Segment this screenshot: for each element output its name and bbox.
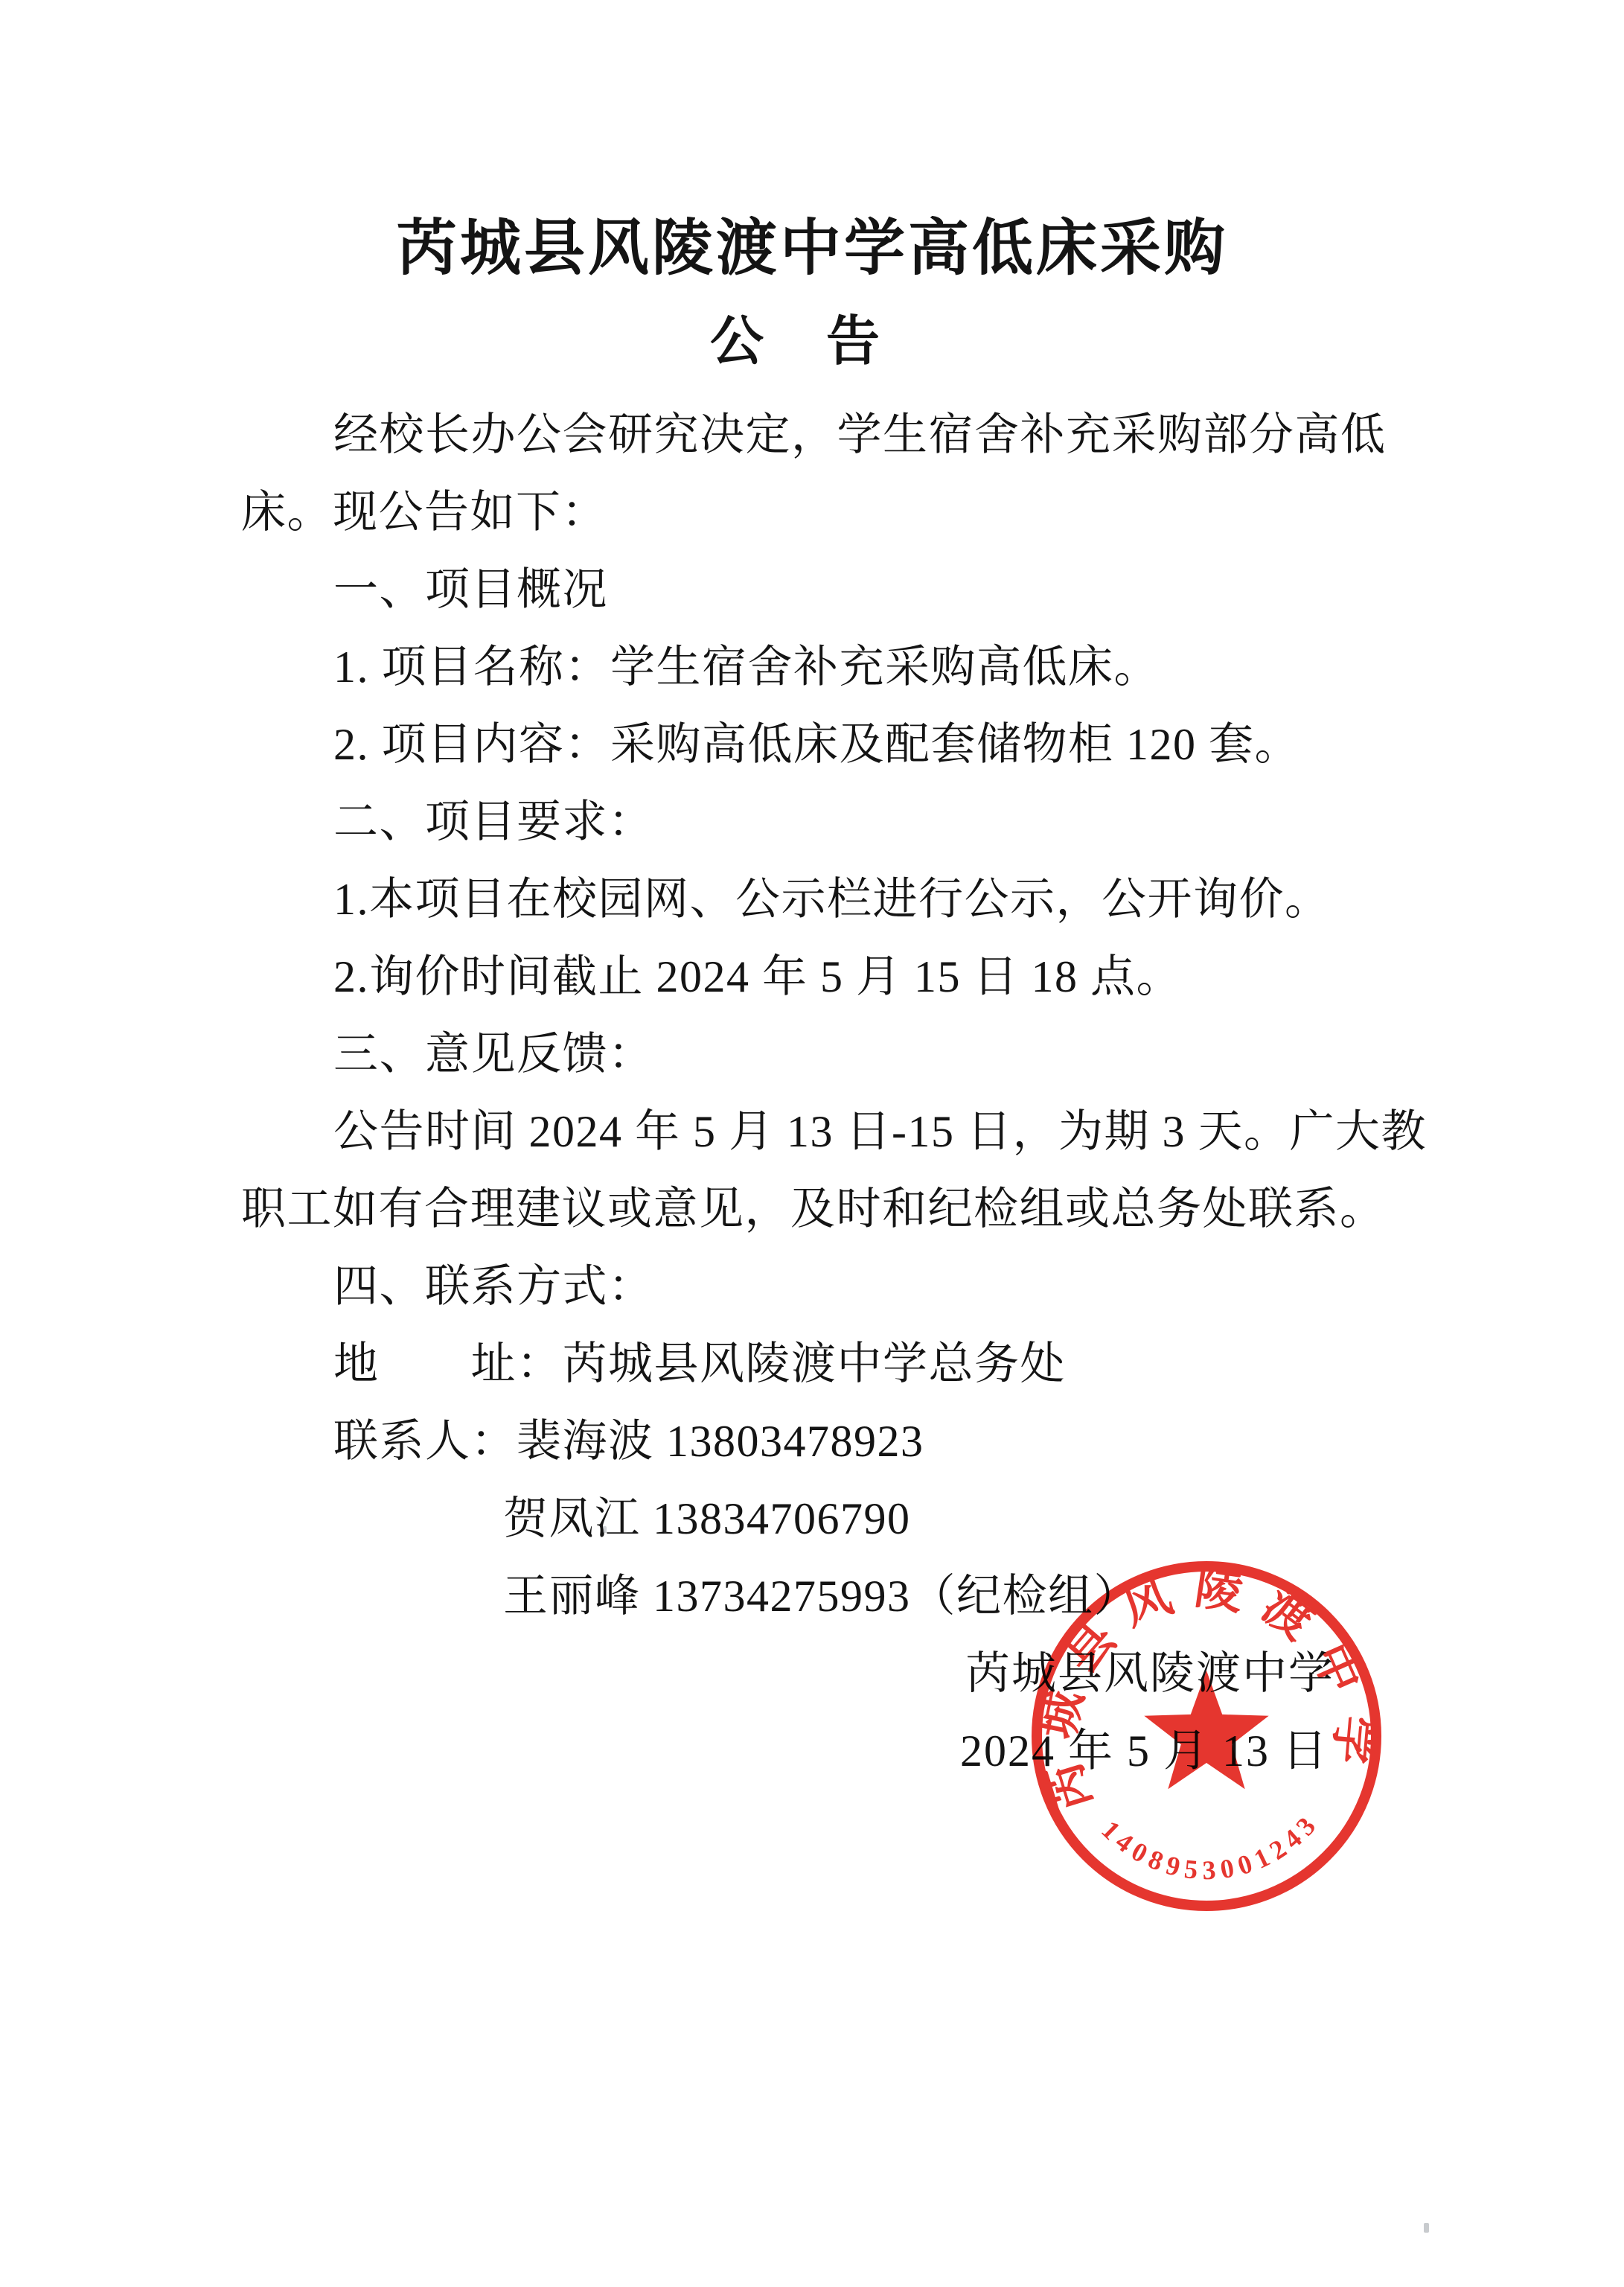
scan-artifact [1424,2223,1429,2233]
document-title: 芮城县风陵渡中学高低床采购 [0,200,1624,287]
document-line: 二、项目要求： [241,783,1447,861]
document-line: 四、联系方式： [241,1248,1447,1325]
document-line: 2.询价时间截止 2024 年 5 月 15 日 18 点。 [241,938,1447,1015]
document-subtitle: 公 告 [0,298,1609,375]
document-body: 经校长办公会研究决定，学生宿舍补充采购部分高低床。现公告如下：一、项目概况1. … [241,396,1447,1635]
document-line: 经校长办公会研究决定，学生宿舍补充采购部分高低 [241,396,1447,473]
scan-artifact [603,1526,607,1533]
document-line: 贺凤江 13834706790 [241,1480,1447,1557]
official-seal-stamp: 芮城县风陵渡中学 1408953001243 [1027,1557,1386,1916]
document-page: 芮城县风陵渡中学高低床采购 公 告 经校长办公会研究决定，学生宿舍补充采购部分高… [0,0,1624,2287]
document-line: 公告时间 2024 年 5 月 13 日-15 日，为期 3 天。广大教 [241,1093,1447,1170]
document-line: 职工如有合理建议或意见，及时和纪检组或总务处联系。 [241,1170,1447,1248]
document-line: 1.本项目在校园网、公示栏进行公示，公开询价。 [241,861,1447,938]
seal-number: 1408953001243 [1096,1807,1325,1885]
seal-star-icon [1144,1671,1268,1789]
document-line: 2. 项目内容：采购高低床及配套储物柜 120 套。 [241,706,1447,783]
document-line: 三、意见反馈： [241,1015,1447,1093]
document-line: 联系人：裴海波 13803478923 [241,1403,1447,1480]
document-line: 地 址：芮城县风陵渡中学总务处 [241,1325,1447,1403]
document-line: 1. 项目名称：学生宿舍补充采购高低床。 [241,628,1447,706]
document-line: 一、项目概况 [241,551,1447,628]
document-line: 床。现公告如下： [241,473,1447,551]
